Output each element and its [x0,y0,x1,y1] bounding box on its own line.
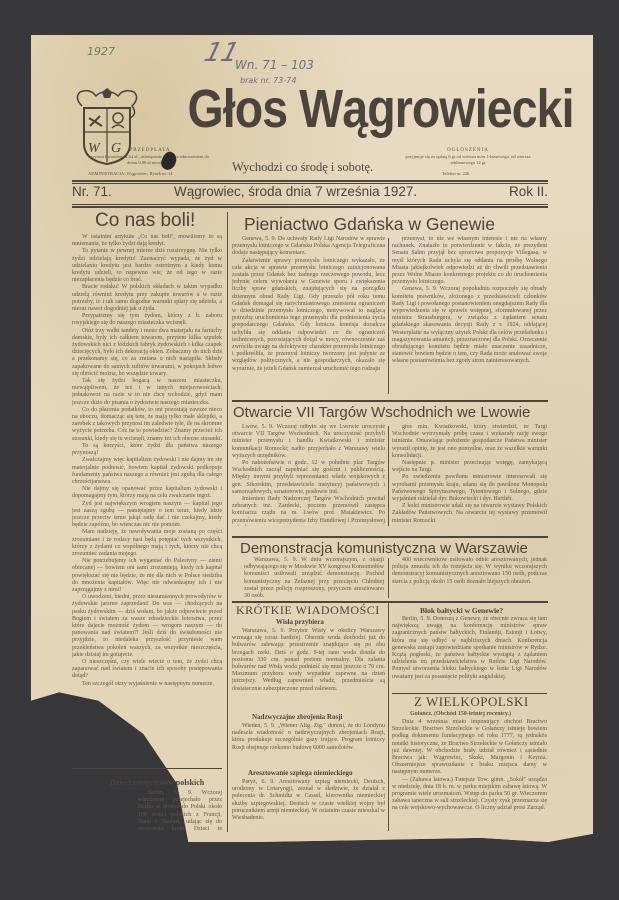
paragraph: Przypatrzmy się tym żydom, którzy z b. z… [72,313,222,327]
article-co-nas-boli: W ostatnim artykule „Co nas boli", mówil… [72,234,222,689]
paragraph: Berlin, 5. 9. Donoszą z Genewy, że obecn… [392,616,547,681]
subscription-text: wynosi kwartalnie 2,64 zł., miesięcznie … [86,154,214,166]
paragraph: Wiedeń, 5. 9. „Wiener Allg. Ztg." donosi… [232,723,385,752]
paragraph: Imieniem Rady Nadzorczej Targów Wschodni… [232,496,385,526]
divider [72,768,222,769]
paragraph: Bracie rodaku! W polskich składach w tak… [72,284,222,313]
headline-demonstracja: Demonstracja komunistyczna w Warszawie [240,540,528,557]
lead-text: Gołańcz. (Obchód 150-letniej rocznicy.) [400,711,547,718]
masthead-rule-bottom-thin [72,204,548,205]
column-rule [388,426,389,526]
paragraph: Nie potrzebujemy ich wyganiać do Palesty… [72,558,222,594]
masthead-rule-bottom [72,206,548,208]
paragraph: Berlin, 6. 9. Wczoraj wieczorem przejech… [138,790,222,830]
issue-number: Nr. 71. [72,184,112,199]
article-dzieci-emigrantow: Berlin, 6. 9. Wczoraj wieczorem przejech… [138,790,222,830]
phone-number: Telefon nr. 226 [442,171,469,176]
paragraph: przemysł, to nie we własnym interesie i … [392,236,547,286]
administration-address: ADMINISTRACJA: Wągrowiec, Rynek nr. 14 [88,171,172,176]
article-z-wielkopolski: Dnia 4 września miało imponujący obchód … [392,719,547,831]
article-demonstracja-col1: Warszawa, 5. 9. W dniu wczorajszym, z ok… [244,557,384,599]
headline-wisla-przybiera: Wisła przybiera [276,618,324,626]
column-rule [388,238,389,394]
paragraph: Paryż, 6. 9. Aresztowany szpieg niemieck… [232,779,385,822]
paragraph: Warszawa, 5. 9. Przybór Wisły w okolicy … [232,628,385,693]
section-z-wielkopolski: Z WIELKOPOLSKI [414,694,529,710]
article-blok-baltycki: Berlin, 5. 9. Donoszą z Genewy, że obecn… [392,616,547,692]
paragraph: O nieszczęśni, czy wiele wiecie o tem, ż… [72,659,222,681]
headline-dzieci-emigrantow: Dzieci emigrantów polskich [110,778,204,787]
article-zbrojenia-rosji: Wiedeń, 5. 9. „Wiener Allg. Ztg." donosi… [232,723,385,759]
paragraph: Załatwienie sprawy przemysłu lotniczego … [232,258,385,373]
headline-zbrojenia-rosji: Nadzwyczajne zbrojenia Rosji [252,713,342,721]
handwritten-range: Wn. 71 – 103 [235,58,314,72]
paragraph: Po nabożeństwie o godz. 12 w południe pl… [232,460,385,496]
golancz-lead: Gołańcz. (Obchód 150-letniej rocznicy.) [400,711,547,719]
paragraph: Następnie p. minister przecinając wstęgę… [392,460,547,474]
ads-text: przyjmuje się za opłatą 6 gr od wiersza … [403,154,533,166]
paragraph: Mam nadzieję, że nawoływania moje zostan… [72,529,222,558]
paragraph: Co do płacenia podatków, to oni pozostaj… [72,407,222,443]
headline-pieniactwo-gdanska: Pieniactwo Gdańska w Genewie [244,214,495,235]
paragraph: Zwalczajmy więc kapitalizm żydowski i ni… [72,457,222,486]
paragraph: Dnia 4 września miało imponujący obchód … [392,719,547,777]
article-pieniactwo-col1: Genewa, 5. 9. Do uchwały Rady Ligi Narod… [232,236,385,396]
masthead-rule-top [72,180,548,182]
article-targi-col1: Lwów, 5. 9. Wczoraj odbyło się we Lwowie… [232,424,385,526]
headline-co-nas-boli: Co nas boli! [95,210,195,232]
paragraph: To są korzyści, które żydzi dla państwa … [72,443,222,457]
paragraph: Warszawa, 5. 9. W dniu wczorajszym, z ok… [244,557,384,599]
subscription-info: PRZEDPŁATA wynosi kwartalnie 2,64 zł., m… [86,148,214,166]
publication-schedule: Wychodzi co środę i sobotę. [232,160,373,175]
article-wisla-przybiera: Warszawa, 5. 9. Przybór Wisły w okolicy … [232,628,385,698]
paragraph: Po zwiedzeniu pawilonu ministrowie inter… [392,474,547,503]
article-targi-col2: głos min. Kwiatkowski, który stwierdził,… [392,424,547,526]
headline-aresztowanie-szpiega: Aresztowanie szpiega niemieckiego [248,769,352,777]
paragraph: Nie dajmy się opanować przez kapitalizm … [72,486,222,500]
section-divider [232,400,548,402]
paragraph: głos min. Kwiatkowski, który stwierdził,… [392,424,547,460]
paragraph: Ten szczegół otrzy wyjaśnienie w następn… [72,681,222,688]
headline-targi-wschodnie: Otwarcie VII Targów Wschodnich we Lwowie [233,404,530,421]
paragraph: Otóż trzy walki tandety i może dwa mater… [72,328,222,378]
column-rule [388,558,389,598]
paragraph: Genewa, 5. 9. Do uchwały Rady Ligi Narod… [232,236,385,258]
paragraph: Tak się żydzi bogacą w naszem miasteczku… [72,378,222,407]
paragraph: — (Zabawa latowa.) Tutejsze Tow. gimn. „… [392,777,547,813]
headline-blok-baltycki: Blok bałtycki w Genewie? [420,606,503,615]
ads-info: OGŁOSZENIA przyjmuje się za opłatą 6 gr … [403,148,533,166]
year-volume: Rok II. [509,184,548,199]
article-demonstracja-col2: 400 wiecowników usiłowało odbić aresztow… [392,557,547,599]
paragraph: Lwów, 5. 9. Wczoraj odbyło się we Lwowie… [232,424,385,460]
section-krotkie-wiadomosci: KRÓTKIE WIADOMOŚCI [236,603,380,618]
paragraph: 400 wiecowników usiłowało odbić aresztow… [392,557,547,586]
paragraph: W ostatnim artykule „Co nas boli", mówil… [72,234,222,248]
article-aresztowanie-szpiega: Paryż, 6. 9. Aresztowany szpieg niemieck… [232,779,385,829]
column-rule [227,212,228,832]
paragraph: Z kolei ministrowie udali się na otwarci… [392,503,547,525]
newspaper-title: Głos Wągrowiecki [187,78,524,140]
paragraph: O uwodzeni, biedni, przez niesumiennych … [72,594,222,659]
handwritten-year: 1927 [87,45,115,58]
dateline: Wągrowiec, środa dnia 7 września 1927. [174,184,417,199]
paragraph: Genewa, 5. 9. Wczoraj popołudniu rozpocz… [392,286,547,365]
paragraph: To pytanie w pewnej mierze dziś rozstrzy… [72,248,222,284]
paragraph: Żyd jest największym wrogiem naszym — ka… [72,501,222,530]
section-divider [232,536,548,538]
article-pieniactwo-col2: przemysł, to nie we własnym interesie i … [392,236,547,396]
column-rule [388,603,389,831]
